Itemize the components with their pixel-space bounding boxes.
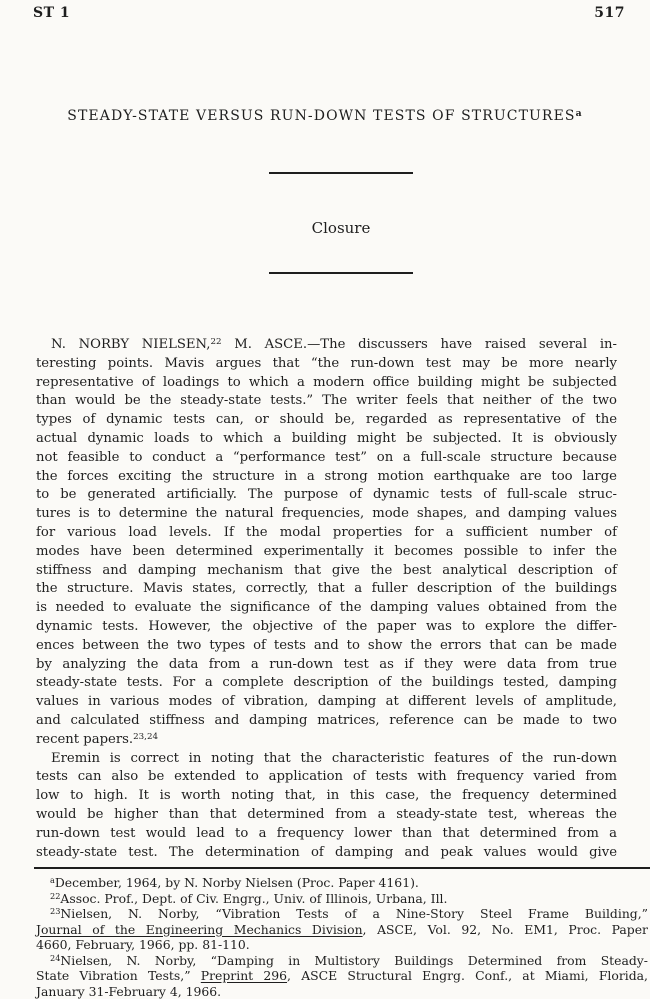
text-line: by analyzing the data from a run-down te… [36, 656, 617, 675]
footnote-entry: 23Nielsen, N. Norby, “Vibration Tests of… [36, 906, 648, 953]
page-number: 517 [594, 5, 625, 21]
text-line: N. NORBY NIELSEN,22 M. ASCE.—The discuss… [36, 336, 617, 355]
footnote-entry: 22Assoc. Prof., Dept. of Civ. Engrg., Un… [36, 891, 648, 907]
text-line: values in various modes of vibration, da… [36, 693, 617, 712]
text-line: recent papers.23,24 [36, 731, 617, 750]
text-line: run-down test would lead to a frequency … [36, 825, 617, 844]
text-line: tests can also be extended to applicatio… [36, 768, 617, 787]
title-footnote-mark: a [576, 108, 583, 119]
text-line: stiffness and damping mechanism that giv… [36, 562, 617, 581]
footnote-entry: aDecember, 1964, by N. Norby Nielsen (Pr… [36, 875, 648, 891]
text-line: aDecember, 1964, by N. Norby Nielsen (Pr… [36, 875, 648, 891]
text-line: 4660, February, 1966, pp. 81-110. [36, 937, 648, 953]
body-text: N. NORBY NIELSEN,22 M. ASCE.—The discuss… [36, 336, 617, 862]
text-line: modes have been determined experimentall… [36, 543, 617, 562]
text-line: types of dynamic tests can, or should be… [36, 411, 617, 430]
text-line: 23Nielsen, N. Norby, “Vibration Tests of… [36, 906, 648, 922]
text-line: the forces exciting the structure in a s… [36, 468, 617, 487]
text-line: representative of loadings to which a mo… [36, 374, 617, 393]
text-line: State Vibration Tests,” Preprint 296, AS… [36, 968, 648, 984]
article-title: STEADY-STATE VERSUS RUN-DOWN TESTS OF ST… [0, 108, 650, 124]
text-line: for various load levels. If the modal pr… [36, 524, 617, 543]
text-line: than would be the steady-state tests.” T… [36, 392, 617, 411]
text-line: not feasible to conduct a “performance t… [36, 449, 617, 468]
footnotes: aDecember, 1964, by N. Norby Nielsen (Pr… [36, 875, 648, 999]
text-line: is needed to evaluate the significance o… [36, 599, 617, 618]
footnote-separator-rule [34, 867, 650, 869]
article-title-text: STEADY-STATE VERSUS RUN-DOWN TESTS OF ST… [67, 108, 575, 124]
text-line: 24Nielsen, N. Norby, “Damping in Multist… [36, 953, 648, 969]
text-line: and calculated stiffness and damping mat… [36, 712, 617, 731]
journal-section-code: ST 1 [33, 5, 70, 21]
text-line: ences between the two types of tests and… [36, 637, 617, 656]
text-line: to be generated artificially. The purpos… [36, 486, 617, 505]
text-line: teresting points. Mavis argues that “the… [36, 355, 617, 374]
text-line: steady-state test. The determination of … [36, 844, 617, 863]
text-line: dynamic tests. However, the objective of… [36, 618, 617, 637]
document-page: ST 1 517 STEADY-STATE VERSUS RUN-DOWN TE… [0, 0, 650, 999]
page-header: ST 1 517 [33, 5, 625, 21]
text-line: low to high. It is worth noting that, in… [36, 787, 617, 806]
divider-rule-top [269, 172, 413, 174]
text-line: tures is to determine the natural freque… [36, 505, 617, 524]
divider-rule-bottom [269, 272, 413, 274]
paragraph: N. NORBY NIELSEN,22 M. ASCE.—The discuss… [36, 336, 617, 750]
section-heading: Closure [16, 219, 650, 237]
text-line: Eremin is correct in noting that the cha… [36, 750, 617, 769]
paragraph: Eremin is correct in noting that the cha… [36, 750, 617, 863]
text-line: Journal of the Engineering Mechanics Div… [36, 922, 648, 938]
text-line: January 31-February 4, 1966. [36, 984, 648, 999]
text-line: 22Assoc. Prof., Dept. of Civ. Engrg., Un… [36, 891, 648, 907]
text-line: the structure. Mavis states, correctly, … [36, 580, 617, 599]
text-line: would be higher than that determined fro… [36, 806, 617, 825]
text-line: actual dynamic loads to which a building… [36, 430, 617, 449]
text-line: steady-state tests. For a complete descr… [36, 674, 617, 693]
footnote-entry: 24Nielsen, N. Norby, “Damping in Multist… [36, 953, 648, 999]
